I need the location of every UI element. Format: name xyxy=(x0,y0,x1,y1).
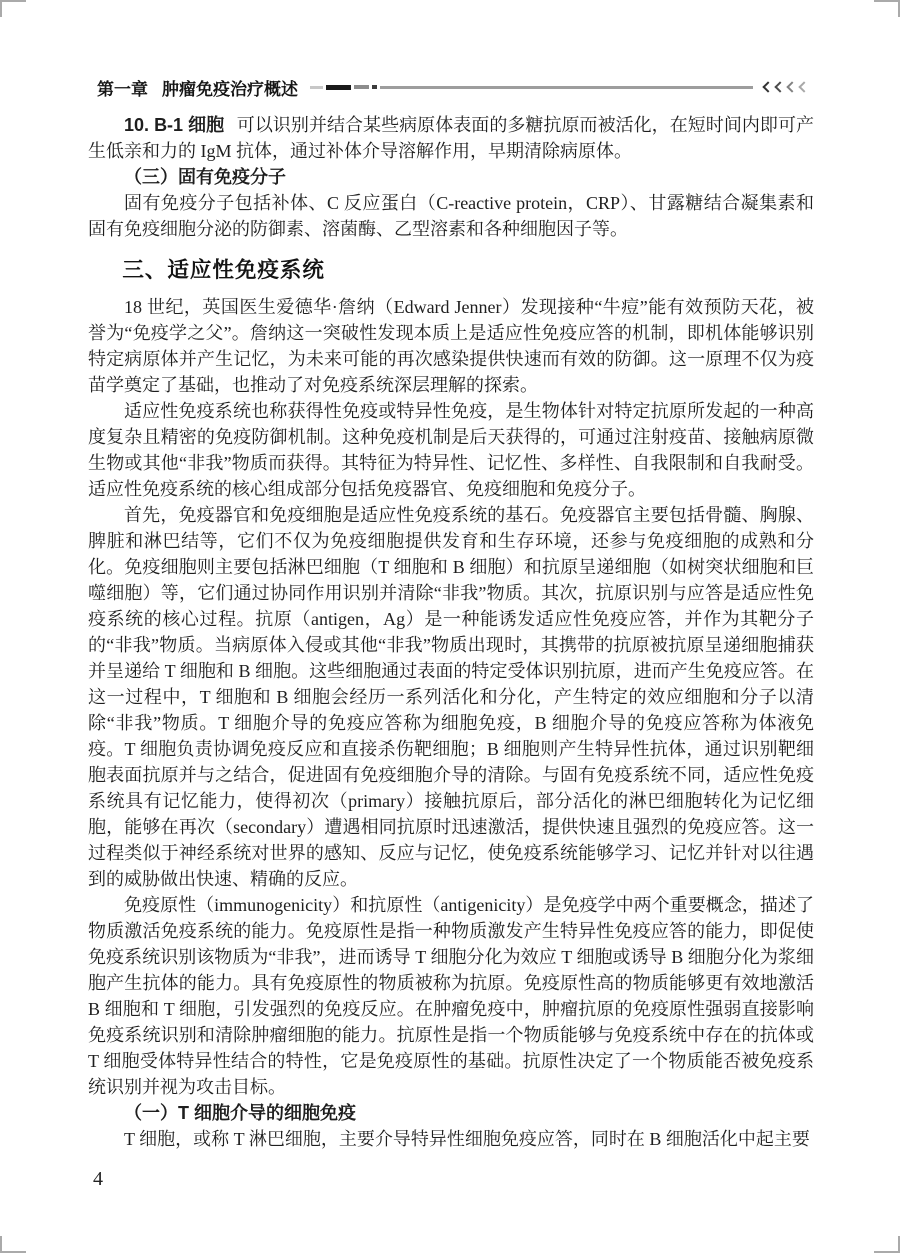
page-number: 4 xyxy=(93,1168,103,1191)
crop-mark-top-left xyxy=(0,0,2,17)
paragraph-b1-cells: 10. B-1 细胞可以识别并结合某些病原体表面的多糖抗原而被活化，在短时间内即… xyxy=(88,112,814,164)
book-page: 第一章 肿瘤免疫治疗概述 10. B-1 细胞可以识别并结合某些病原体表面的多糖… xyxy=(0,0,900,1253)
crop-mark-top-left xyxy=(0,0,26,2)
text-column: 10. B-1 细胞可以识别并结合某些病原体表面的多糖抗原而被活化，在短时间内即… xyxy=(88,112,814,1152)
paragraph-t-cell: T 细胞，或称 T 淋巴细胞，主要介导特异性细胞免疫应答，同时在 B 细胞活化中… xyxy=(88,1126,814,1152)
chapter-label: 第一章 xyxy=(97,75,148,100)
paragraph-jenner: 18 世纪，英国医生爱德华·詹纳（Edward Jenner）发现接种“牛痘”能… xyxy=(88,294,814,398)
header-rule-dashes xyxy=(310,85,753,90)
paragraph-immunogenicity-antigenicity: 免疫原性（immunogenicity）和抗原性（antigenicity）是免… xyxy=(88,892,814,1100)
list-item-term: 10. B-1 细胞 xyxy=(124,115,224,135)
left-chevrons-icon xyxy=(760,83,808,91)
crop-mark-top-right xyxy=(874,0,900,2)
section-heading-adaptive-immune-system: 三、适应性免疫系统 xyxy=(88,255,814,285)
sub-heading-t-cell-immunity: （一）T 细胞介导的细胞免疫 xyxy=(88,1100,814,1126)
paragraph-adaptive-definition: 适应性免疫系统也称获得性免疫或特异性免疫，是生物体针对特定抗原所发起的一种高度复… xyxy=(88,398,814,502)
crop-mark-bottom-left xyxy=(0,1236,2,1253)
running-header: 第一章 肿瘤免疫治疗概述 xyxy=(97,76,808,98)
paragraph-organs-and-cells: 首先，免疫器官和免疫细胞是适应性免疫系统的基石。免疫器官主要包括骨髓、胸腺、脾脏… xyxy=(88,502,814,892)
paragraph-innate-molecules: 固有免疫分子包括补体、C 反应蛋白（C-reactive protein，CRP… xyxy=(88,190,814,242)
sub-heading-innate-molecules: （三）固有免疫分子 xyxy=(88,164,814,190)
chapter-title: 肿瘤免疫治疗概述 xyxy=(162,75,298,100)
